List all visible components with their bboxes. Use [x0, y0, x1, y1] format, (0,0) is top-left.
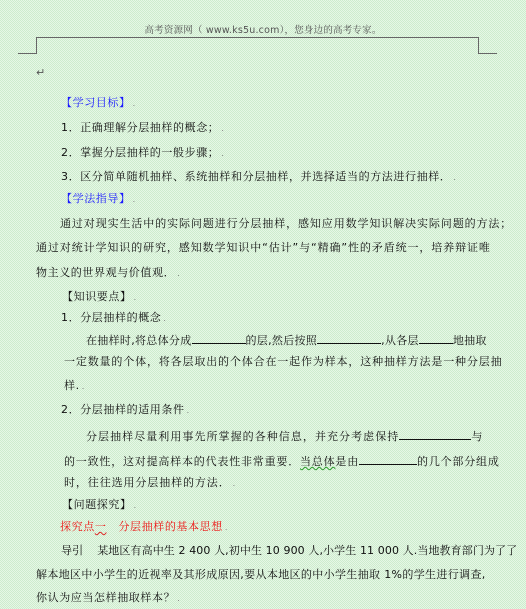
- inquiry-point-number: 一: [95, 520, 107, 533]
- text-segment: 的几个部分组成: [417, 455, 500, 468]
- inquiry-heading-text: 【问题探究】: [62, 498, 132, 511]
- inquiry-point-1-title: 探究点一分层抽样的基本思想.: [60, 520, 228, 535]
- text-segment: 在抽样时,将总体分成: [86, 334, 192, 347]
- guide-line-3: 你认为应当怎样抽取样本？.: [36, 591, 180, 606]
- text-segment: 地抽取: [453, 334, 487, 347]
- text-segment: 的层,然后按照: [246, 334, 318, 347]
- text-segment: 与: [471, 430, 483, 443]
- paragraph-mark-icon: .: [133, 195, 136, 204]
- inquiry-point-topic: 分层抽样的基本思想: [118, 520, 222, 533]
- key-point-2-line-3: 时，往往选用分层抽样的方法．.: [64, 476, 236, 491]
- paragraph-mark-icon: .: [221, 124, 224, 133]
- paragraph-mark-icon: .: [133, 99, 136, 108]
- paragraph-mark-icon: .: [187, 406, 190, 415]
- objectives-heading: 【学习目标】.: [61, 96, 136, 111]
- paragraph-mark-icon: .: [221, 149, 224, 158]
- fill-in-blank[interactable]: [192, 331, 246, 344]
- paragraph-mark-icon: ↵: [36, 66, 45, 79]
- guide-text: 某地区有高中生 2 400 人,初中生 10 900 人,小学生 11 000 …: [97, 544, 517, 557]
- grammar-flagged-text: 当总体: [300, 455, 335, 468]
- fill-in-blank[interactable]: [317, 331, 381, 344]
- paragraph-mark-icon: .: [225, 523, 228, 532]
- objective-item-2: 2．掌握分层抽样的一般步骤；.: [61, 146, 225, 161]
- text-segment: 的一致性，这对提高样本的代表性非常重要．: [64, 455, 300, 468]
- key-point-2-title: 2．分层抽样的适用条件.: [61, 403, 190, 418]
- paragraph-mark-icon: .: [177, 594, 180, 603]
- fill-in-blank[interactable]: [419, 331, 453, 344]
- guide-line-1: 导引某地区有高中生 2 400 人,初中生 10 900 人,小学生 11 00…: [61, 544, 517, 558]
- objective-text: 2．掌握分层抽样的一般步骤；: [61, 146, 219, 159]
- method-guide-line-2: 通过对统计学知识的研究，感知数学知识中“估计”与“精确”性的矛盾统一，培养辩证唯: [36, 241, 491, 255]
- paragraph-mark-icon: .: [233, 479, 236, 488]
- text-segment: 分层抽样尽量利用事先所掌握的各种信息，并充分考虑保持: [86, 430, 399, 443]
- guide-label: 导引: [61, 544, 83, 557]
- guide-text: 你认为应当怎样抽取样本？: [36, 591, 175, 604]
- objective-text: 3．区分简单随机抽样、系统抽样和分层抽样，并选择适当的方法进行抽样．: [61, 170, 451, 183]
- method-guide-heading: 【学法指导】.: [61, 192, 136, 207]
- key-point-text: 时，往往选用分层抽样的方法．: [64, 476, 231, 489]
- objective-item-1: 1．正确理解分层抽样的概念；.: [61, 121, 225, 136]
- header-border-right-tick: [478, 53, 497, 54]
- key-point-2-line-1: 分层抽样尽量利用事先所掌握的各种信息，并充分考虑保持与: [86, 427, 483, 444]
- inquiry-point-label: 探究点: [60, 520, 95, 533]
- method-guide-line-1: 通过对现实生活中的实际问题进行分层抽样，感知应用数学知识解决实际问题的方法；: [60, 217, 512, 231]
- text-segment: ,从各层: [381, 334, 419, 347]
- key-point-1-line-3: 样..: [64, 379, 85, 394]
- key-points-heading-text: 【知识要点】: [62, 290, 132, 303]
- header-border-left-tick: [18, 53, 37, 54]
- page-header-text: 高考资源网（ www.ks5u.com），您身边的高考专家。: [0, 22, 526, 36]
- method-guide-line-3: 物主义的世界观与价值观．.: [36, 266, 180, 281]
- key-point-text: 样.: [64, 379, 80, 392]
- text-segment: 是由: [335, 455, 359, 468]
- paragraph-mark-icon: .: [163, 314, 166, 323]
- objectives-heading-text: 【学习目标】: [61, 96, 131, 109]
- key-points-heading: 【知识要点】.: [62, 290, 137, 305]
- inquiry-heading: 【问题探究】.: [62, 498, 137, 513]
- method-guide-heading-text: 【学法指导】: [61, 192, 131, 205]
- objective-text: 1．正确理解分层抽样的概念；: [61, 121, 219, 134]
- key-point-1-line-2: 一定数量的个体，将各层取出的个体合在一起作为样本，这种抽样方法是一种分层抽: [64, 355, 502, 369]
- paragraph-mark-icon: .: [82, 382, 85, 391]
- paragraph-mark-icon: .: [134, 501, 137, 510]
- paragraph-mark-icon: .: [177, 269, 180, 278]
- paragraph-mark-icon: .: [453, 173, 456, 182]
- key-point-title-text: 2．分层抽样的适用条件: [61, 403, 185, 416]
- fill-in-blank[interactable]: [359, 452, 417, 465]
- guide-line-2: 解本地区中小学生的近视率及其形成原因,要从本地区的中小学生抽取 1%的学生进行调…: [36, 568, 486, 582]
- fill-in-blank[interactable]: [399, 427, 471, 440]
- method-guide-text: 物主义的世界观与价值观．: [36, 266, 175, 279]
- key-point-title-text: 1．分层抽样的概念: [61, 311, 161, 324]
- key-point-2-line-2: 的一致性，这对提高样本的代表性非常重要．当总体是由的几个部分组成: [64, 452, 500, 469]
- key-point-1-line-1: 在抽样时,将总体分成的层,然后按照,从各层地抽取: [86, 331, 487, 348]
- objective-item-3: 3．区分简单随机抽样、系统抽样和分层抽样，并选择适当的方法进行抽样．.: [61, 170, 457, 185]
- header-border: [36, 37, 479, 54]
- key-point-1-title: 1．分层抽样的概念.: [61, 311, 167, 326]
- paragraph-mark-icon: .: [134, 293, 137, 302]
